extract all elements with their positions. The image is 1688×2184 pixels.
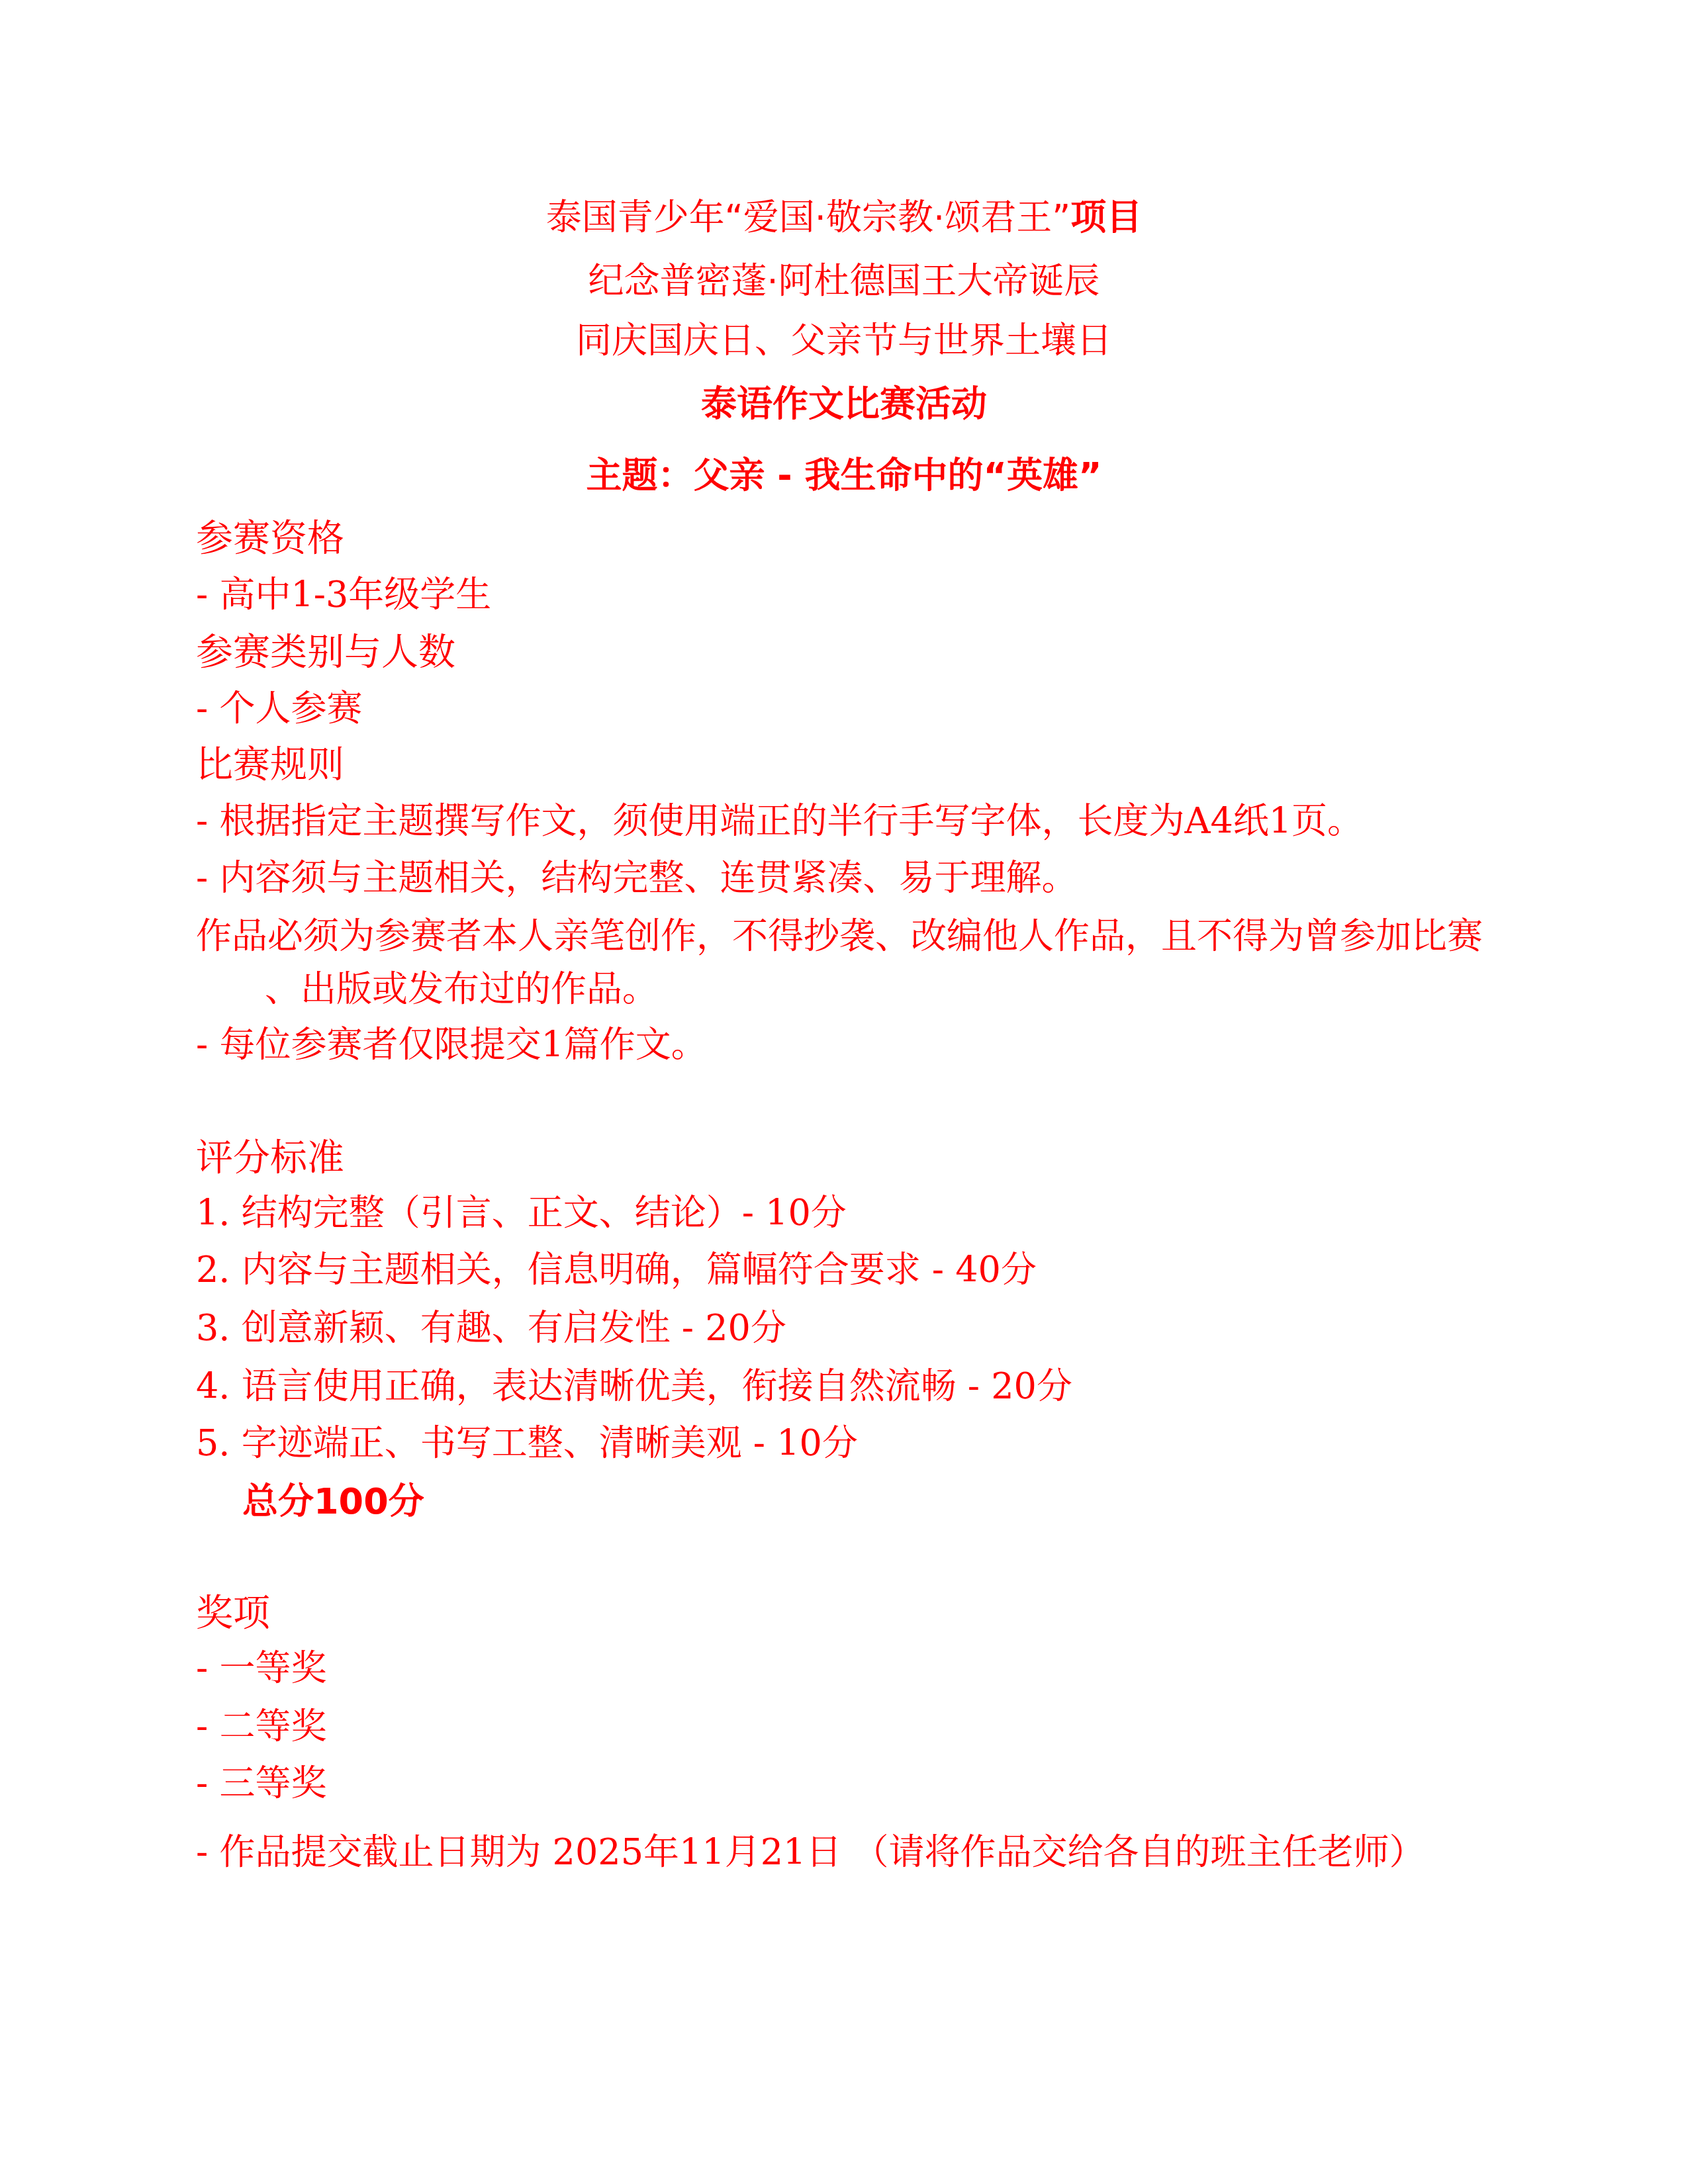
document-page: 泰国青少年“爱国·敬宗教·颂君王”项目 纪念普密蓬·阿杜德国王大帝诞辰 同庆国庆…	[0, 0, 1688, 2184]
section-heading-scoring: 评分标准	[196, 1140, 344, 1177]
award-item-3: - 三等奖	[196, 1766, 326, 1801]
scoring-item-2: 2. 内容与主题相关，信息明确，篇幅符合要求 - 40分	[196, 1252, 1037, 1288]
scoring-item-5: 5. 字迹端正、书写工整、清晰美观 - 10分	[196, 1426, 858, 1461]
section-heading-eligibility: 参赛资格	[196, 520, 344, 557]
category-item: - 个人参赛	[196, 691, 362, 727]
award-item-1: - 一等奖	[196, 1651, 326, 1686]
header-line-3: 同庆国庆日、父亲节与世界土壤日	[0, 323, 1688, 359]
section-heading-awards: 奖项	[196, 1595, 270, 1632]
eligibility-item: - 高中1-3年级学生	[196, 577, 491, 613]
rule-item-2: - 内容须与主题相关，结构完整、连贯紧凑、易于理解。	[196, 860, 1077, 896]
header-line-2: 纪念普密蓬·阿杜德国王大帝诞辰	[0, 263, 1688, 299]
section-heading-category: 参赛类别与人数	[196, 634, 455, 671]
header-line-4-title: 泰语作文比赛活动	[0, 387, 1688, 422]
scoring-item-1: 1. 结构完整（引言、正文、结论）- 10分	[196, 1195, 847, 1231]
submission-deadline: - 作品提交截止日期为 2025年11月21日 （请将作品交给各自的班主任老师）	[196, 1835, 1425, 1870]
award-item-2: - 二等奖	[196, 1709, 326, 1745]
header-line-1-bold: 项目	[1070, 197, 1142, 238]
scoring-item-4: 4. 语言使用正确，表达清晰优美，衔接自然流畅 - 20分	[196, 1369, 1072, 1404]
deadline-note: （请将作品交给各自的班主任老师）	[841, 1831, 1425, 1873]
header-line-5-theme: 主题：父亲 - 我生命中的“英雄”	[0, 458, 1688, 494]
scoring-item-3: 3. 创意新颖、有趣、有启发性 - 20分	[196, 1310, 786, 1346]
rule-item-4: - 每位参赛者仅限提交1篇作文。	[196, 1027, 707, 1063]
scoring-total: 总分100分	[242, 1484, 424, 1520]
rule-item-3-continued: 、出版或发布过的作品。	[265, 972, 658, 1007]
header-line-1: 泰国青少年“爱国·敬宗教·颂君王”项目	[0, 200, 1688, 236]
rule-item-3: 作品必须为参赛者本人亲笔创作，不得抄袭、改编他人作品，且不得为曾参加比赛	[196, 919, 1483, 954]
rule-item-1: - 根据指定主题撰写作文，须使用端正的半行手写字体，长度为A4纸1页。	[196, 803, 1363, 839]
deadline-date: 2025年11月21日	[553, 1831, 842, 1873]
deadline-prefix: - 作品提交截止日期为	[196, 1831, 553, 1873]
header-line-1-regular: 泰国青少年“爱国·敬宗教·颂君王”	[546, 197, 1070, 238]
section-heading-rules: 比赛规则	[196, 747, 344, 784]
